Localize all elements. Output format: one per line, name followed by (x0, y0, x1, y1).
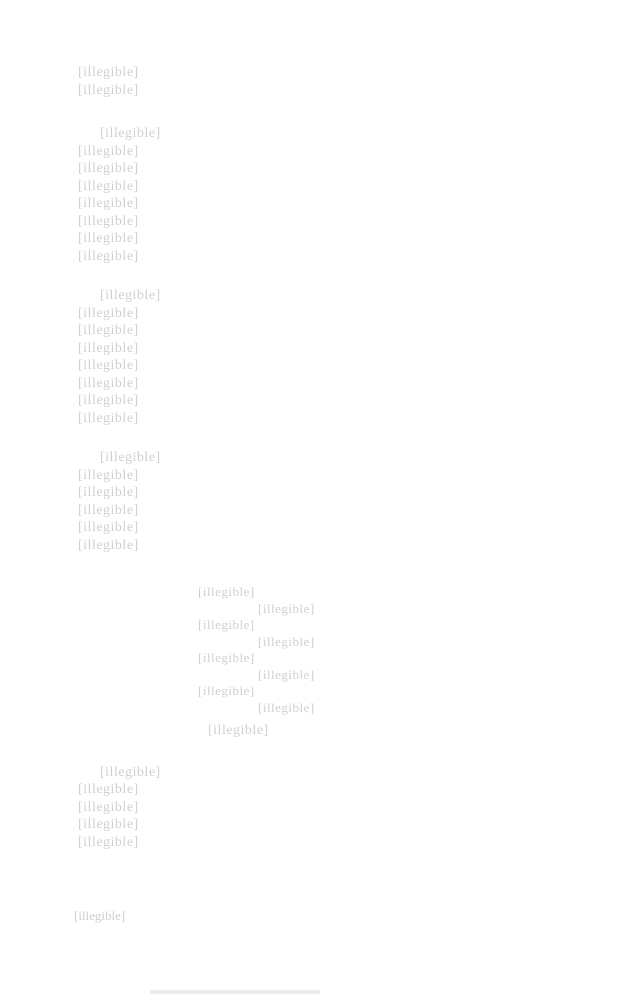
caption: [illegible] (78, 722, 606, 740)
paragraph-4: [illegible] [illegible] [illegible] [ill… (78, 449, 606, 554)
page-number: [illegible] (74, 908, 125, 924)
text-line: [illegible] (78, 143, 606, 161)
text-line: [illegible] (78, 834, 606, 852)
display-line: [illegible] (198, 601, 606, 618)
caption-text: [illegible] (78, 722, 606, 740)
text-line: [illegible] (78, 781, 606, 799)
text-line: [illegible] (78, 82, 606, 100)
text-line: [illegible] (78, 305, 606, 323)
text-line: [illegible] (78, 799, 606, 817)
text-line: [illegible] (78, 449, 606, 467)
text-line: [illegible] (78, 467, 606, 485)
display-block: [illegible] [illegible] [illegible] [ill… (198, 584, 606, 716)
text-line: [illegible] (78, 125, 606, 143)
text-line: [illegible] (78, 357, 606, 375)
text-line: [illegible] (78, 519, 606, 537)
paragraph-2: [illegible] [illegible] [illegible] [ill… (78, 125, 606, 265)
text-line: [illegible] (78, 248, 606, 266)
paragraph-3: [illegible] [illegible] [illegible] [ill… (78, 287, 606, 427)
text-line: [illegible] (78, 213, 606, 231)
paragraph-1: [illegible] [illegible] (78, 64, 606, 99)
document-page: [illegible] [illegible] [illegible] [ill… (78, 64, 606, 865)
display-line: [illegible] (198, 683, 606, 700)
text-line: [illegible] (78, 287, 606, 305)
display-line: [illegible] (198, 617, 606, 634)
text-line: [illegible] (78, 160, 606, 178)
text-line: [illegible] (78, 178, 606, 196)
text-line: [illegible] (78, 816, 606, 834)
text-line: [illegible] (78, 375, 606, 393)
text-line: [illegible] (78, 410, 606, 428)
display-line: [illegible] (198, 634, 606, 651)
display-line: [illegible] (198, 650, 606, 667)
text-line: [illegible] (78, 502, 606, 520)
text-line: [illegible] (78, 484, 606, 502)
text-line: [illegible] (78, 537, 606, 555)
final-paragraph: [illegible] [illegible] [illegible] [ill… (78, 764, 606, 852)
text-line: [illegible] (78, 764, 606, 782)
text-line: [illegible] (78, 340, 606, 358)
text-line: [illegible] (78, 230, 606, 248)
text-line: [illegible] (78, 64, 606, 82)
text-line: [illegible] (78, 392, 606, 410)
text-line: [illegible] (78, 322, 606, 340)
display-line: [illegible] (198, 667, 606, 684)
text-line: [illegible] (78, 195, 606, 213)
display-line: [illegible] (198, 584, 606, 601)
scan-artifact (150, 990, 320, 994)
display-line: [illegible] (198, 700, 606, 717)
